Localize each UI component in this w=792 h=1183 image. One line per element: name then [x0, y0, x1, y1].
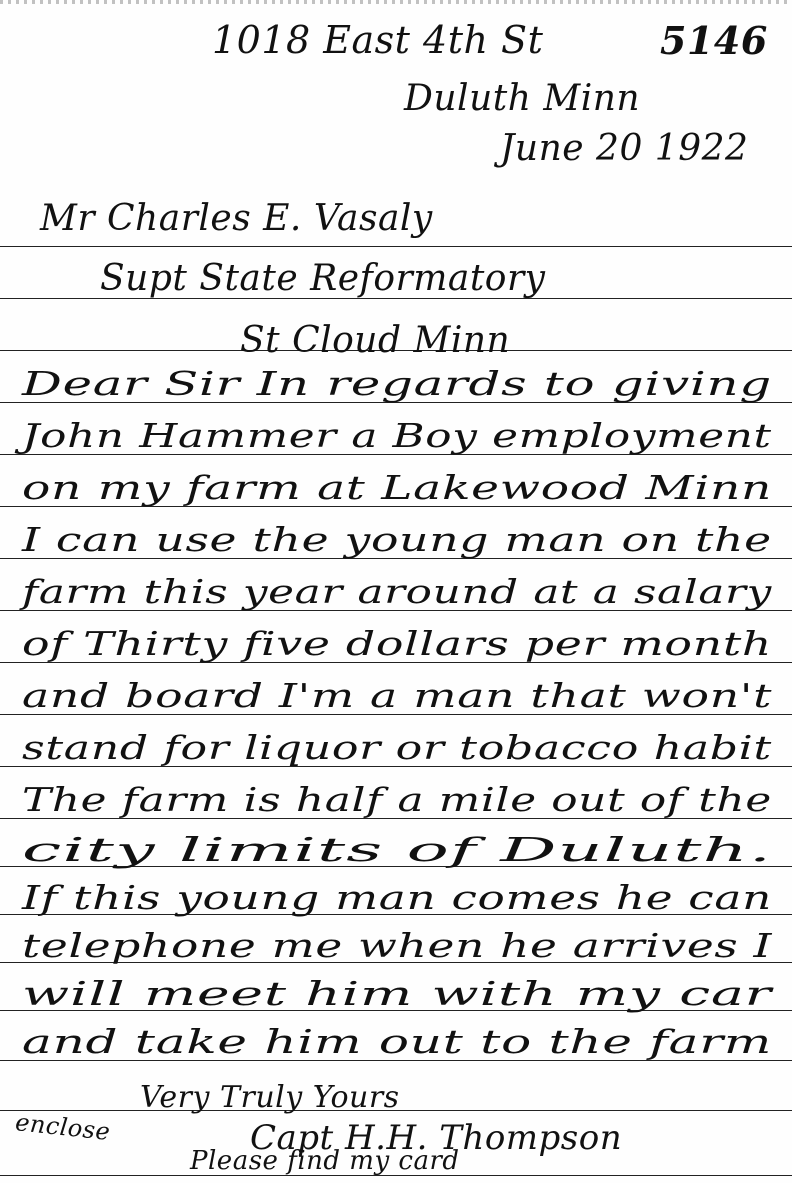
body-line: on my farm at Lakewood Minn — [22, 468, 772, 507]
reference-number: 5146 — [660, 18, 768, 63]
body-line: stand for liquor or tobacco habit — [22, 728, 772, 767]
body-line: John Hammer a Boy employment — [22, 416, 772, 455]
letter-date: June 20 1922 — [500, 128, 748, 169]
body-line: Dear Sir In regards to giving — [22, 364, 772, 403]
body-line: telephone me when he arrives I — [22, 926, 772, 965]
body-line: city limits of Duluth. — [22, 830, 772, 869]
closing: Very Truly Yours — [140, 1080, 400, 1115]
sender-address: 1018 East 4th St — [212, 18, 543, 62]
body-line: will meet him with my car — [22, 974, 772, 1013]
body-line: The farm is half a mile out of the — [22, 780, 772, 819]
letter-page: 1018 East 4th St 5146 Duluth Minn June 2… — [0, 0, 792, 1183]
scan-edge — [0, 0, 792, 4]
body-line: of Thirty five dollars per month — [22, 624, 772, 663]
ruled-line — [0, 246, 792, 247]
recipient-name: Mr Charles E. Vasaly — [40, 198, 433, 239]
postscript: Please find my card — [190, 1146, 460, 1176]
sender-city: Duluth Minn — [404, 78, 640, 119]
margin-note: enclose — [14, 1108, 112, 1146]
recipient-title: Supt State Reformatory — [100, 258, 546, 299]
body-line: and take him out to the farm — [22, 1022, 772, 1061]
body-line: I can use the young man on the — [22, 520, 772, 559]
body-line: farm this year around at a salary — [22, 572, 772, 611]
body-line: If this young man comes he can — [22, 878, 772, 917]
recipient-location: St Cloud Minn — [240, 320, 510, 361]
body-line: and board I'm a man that won't — [22, 676, 772, 715]
